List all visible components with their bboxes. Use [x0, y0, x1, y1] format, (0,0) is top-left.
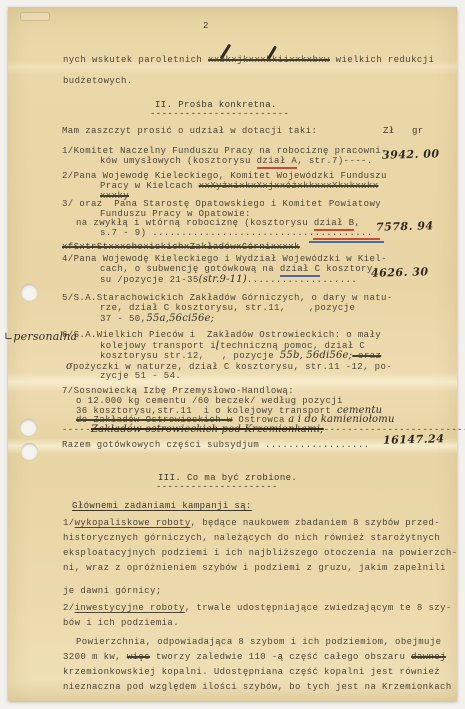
handwritten-insert: 55a,56ci56e;	[146, 313, 214, 324]
item-6b-line-2: zycje 51 - 54.	[100, 371, 181, 382]
text-segment: kosztory-	[320, 264, 378, 274]
item-4-line-3: su /pozycje 21-35(str.9-11).............…	[100, 274, 357, 286]
para-3-line-1: Powierzchnia, odpowiadająca 8 szybom i i…	[76, 637, 441, 648]
dot-leader: ..................	[265, 440, 369, 450]
text-segment: ,	[354, 218, 360, 228]
para-3-line-4: nieznaczna pod względem ilości szybów, b…	[63, 682, 452, 693]
scanned-document: 2 nych wskutek paroletnich xxbkxjkxxxkki…	[0, 0, 465, 709]
text-segment: 37 - 50,	[100, 314, 146, 324]
text-segment: kosztorysu str.12, , pozycje	[100, 351, 280, 361]
handwritten-insert-mark: σ	[66, 361, 73, 372]
red-underlined-text: dział A	[257, 156, 298, 169]
para-3-line-3: krzemionkowskiej kopalni. Udostępniana c…	[63, 667, 440, 678]
item-1-line-2: ków umysłowych (kosztorysu dział A, str.…	[100, 156, 373, 167]
underlined-text: wykopaliskowe roboty	[75, 518, 191, 528]
dot-leader: ...................	[247, 275, 357, 285]
para-2-line-2: bów i ich podziemia.	[63, 618, 179, 629]
page-number: 2	[203, 21, 209, 32]
total-line: Razem gotówkowych części subsydjum .....…	[62, 440, 369, 451]
text-segment: ków umysłowych (kosztorysu	[100, 156, 257, 166]
campaign-tasks-lead: Głównemi zadaniami kampanji są:	[72, 501, 252, 512]
text-segment: , str.7)----.	[297, 156, 372, 166]
text-segment: 2/	[63, 603, 75, 613]
amount-total: 16147.24	[383, 433, 445, 446]
staple-mark	[20, 12, 50, 21]
struck-text: oraz	[352, 351, 381, 361]
currency-header: Zł gr	[383, 126, 424, 137]
text-segment: cach, o subwencję gotówkową na	[100, 264, 280, 274]
text-segment: 3200 m kw,	[63, 652, 127, 662]
para-1-line-4: ni, wraz z opróżnieniem szybów i podziem…	[63, 563, 446, 574]
hole-punch	[20, 419, 37, 436]
hole-punch	[21, 284, 38, 301]
para-1-line-3: eksploatacyjnych podziemi i ich najbliżs…	[63, 548, 457, 559]
section-iii-heading-underline: ---------------------	[156, 482, 278, 493]
text-segment: tworzy zaledwie 110 -ą część całego obsz…	[150, 652, 411, 662]
blue-underline-mark	[309, 241, 384, 243]
text-segment: , będące naukowem zbadaniem 8 szybów prz…	[191, 518, 440, 528]
struck-text: więc	[127, 652, 150, 662]
text-segment: 1/	[63, 518, 75, 528]
para-1-line-1: 1/wykopaliskowe roboty, będące naukowem …	[63, 518, 440, 529]
total-label: Razem gotówkowych części subsydjum	[62, 440, 265, 450]
paragraph-line: budżetowych.	[63, 76, 133, 87]
handwritten-insert: (str.9-11)	[199, 274, 247, 285]
text-segment: s.7 - 9)	[100, 228, 152, 238]
amount-item-3: 7578. 94	[376, 220, 434, 233]
red-underline-mark	[313, 238, 380, 240]
para-3-line-2: 3200 m kw, więc tworzy zaledwie 110 -ą c…	[63, 652, 446, 663]
underlined-text: inwestycyjne roboty	[75, 603, 185, 613]
amount-item-1: 3942. 00	[382, 148, 440, 161]
text-segment: wielkich redukcji	[330, 55, 434, 65]
item-2-line-2: Pracy w Kielcach xxXyżxixkxXxjxxóżxkkxxx…	[100, 181, 378, 192]
section-ii-heading-underline: ------------------------	[150, 109, 289, 120]
text-segment: , trwale udostępniające zwiedzającym te …	[185, 603, 452, 613]
item-5-line-3: 37 - 50,55a,56ci56e;	[100, 313, 214, 325]
text-segment: Pracy w Kielcach	[100, 181, 199, 191]
request-intro-line: Mam zaszczyt prosić o udział w dotacji t…	[62, 126, 317, 137]
struck-text: xxbkxjkxxxkkiixxkxbxw	[208, 55, 330, 65]
struck-text: dawnej	[411, 652, 446, 662]
amount-item-4: 4626. 30	[371, 266, 429, 279]
para-1-line-5: je dawni górnicy;	[63, 586, 162, 597]
para-2-line-1: 2/inwestycyjne roboty, trwale udostępnia…	[63, 603, 452, 614]
dot-leader: ......................................	[152, 228, 372, 238]
handwritten-insert: 55b, 56di56e;	[280, 350, 352, 361]
text-segment: nych wskutek paroletnich	[63, 55, 208, 65]
para-1-line-2: historycznych górniczych, należących do …	[63, 533, 440, 544]
struck-line: xfSxtrStxxxchoxickichxZakładówxGórnixxxx…	[62, 242, 300, 253]
paragraph-line: nych wskutek paroletnich xxbkxjkxxxkkiix…	[63, 55, 434, 66]
hole-punch	[21, 443, 38, 460]
text-segment: su /pozycje 21-35	[100, 275, 199, 285]
handwritten-struck-text: Zakładów ostrowieckich pod Krzemionkami;	[91, 424, 324, 435]
text-segment: na zwykłą i wtórną robociznę (kosztorysu	[76, 218, 314, 228]
dash-leader: -----	[62, 425, 91, 435]
struck-text: xxXyżxixkxXxjxxóżxkkxxxXkxkxxkx	[199, 181, 379, 191]
